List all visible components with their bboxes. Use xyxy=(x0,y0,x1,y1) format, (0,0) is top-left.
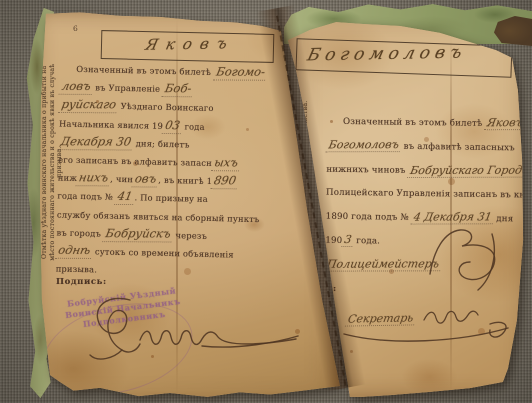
printed-form-text: Уѣзднаго Воинскаго xyxy=(118,101,214,113)
handwritten-entry: Боб- xyxy=(162,83,195,97)
printed-form-text: его записанъ въ алфавитъ запасн xyxy=(58,154,212,167)
printed-form-text: года. xyxy=(353,236,380,246)
printed-form-text: года подъ № xyxy=(57,191,116,202)
printed-form-text: въ алфавитѣ запасныхъ xyxy=(401,142,515,154)
printed-form-text: Полицейскаго Управленія записанъ въ книг… xyxy=(326,188,532,201)
handwritten-entry: 03 xyxy=(162,120,183,134)
printed-form-text: , въ книгѣ 1 xyxy=(158,175,212,186)
margin-note-line: мѣсто постояннаго жительства и о срокѣ я… xyxy=(48,57,56,267)
printed-form-text: , чин xyxy=(110,174,133,185)
handwritten-entry: Богомо- xyxy=(212,66,267,80)
printed-form-text: года xyxy=(182,121,205,132)
printed-form-text: службу обязанъ явиться на сборный пунктъ xyxy=(57,209,260,224)
handwritten-entry: ловъ xyxy=(59,81,94,95)
handwritten-entry: 3 xyxy=(341,234,354,247)
handwritten-entry: овъ xyxy=(132,174,160,188)
printed-form-text: сутокъ со времени объявленія xyxy=(92,246,234,259)
printed-form-text: въ городъ xyxy=(56,227,103,238)
signature-label: Подпись: xyxy=(56,277,107,287)
margin-note: Отмѣтка уѣзднаго воинскаго начальника о … xyxy=(41,57,64,267)
handwritten-entry: Яковъ xyxy=(484,117,526,130)
handwritten-surname: Богомоловъ xyxy=(305,43,468,66)
page-number: 6 xyxy=(73,24,78,33)
handwritten-entry: Бобруйскъ xyxy=(102,228,173,242)
printed-form-text: дня; билетъ xyxy=(133,138,190,149)
printed-form-text: Означенный въ этомъ билетѣ xyxy=(76,64,214,77)
printed-form-text: . По призыву на xyxy=(134,193,208,205)
form-line: Означенный въ этомъ билетѣ Яковъ xyxy=(327,111,515,137)
handwritten-entry: 890 xyxy=(211,175,239,189)
photo-of-open-booklet: 6 Яковъ Означенный въ этомъ билетѣ Богом… xyxy=(0,0,532,403)
printed-form-text: нижнихъ чиновъ xyxy=(326,164,408,175)
handwritten-entry: Богомоловъ xyxy=(325,139,401,152)
form-line: Богомоловъ въ алфавитѣ запасныхъ xyxy=(327,134,515,160)
policemaster-signature xyxy=(400,218,512,294)
commander-signature xyxy=(78,290,306,364)
secretary-flourish xyxy=(340,316,518,358)
printed-form-text: Означенный въ этомъ билетѣ xyxy=(343,117,485,129)
printed-form-text: черезъ xyxy=(173,230,208,241)
form-paragraph: Означенный въ этомъ билетѣ Богомо-ловъ в… xyxy=(56,60,281,283)
handwritten-entry: руйскаго xyxy=(58,99,119,113)
handwritten-entry: Декабря 30 xyxy=(57,136,134,150)
margin-note-line: призыва. xyxy=(56,57,64,267)
printed-form-text: въ Управленіе xyxy=(92,82,163,94)
printed-form-text: 1890 года подъ № xyxy=(326,212,412,223)
handwritten-entry: 41 xyxy=(115,191,136,205)
handwritten-entry: Бобруйскаго Городско- xyxy=(407,164,532,177)
handwritten-first-name: Яковъ xyxy=(144,34,237,54)
margin-note-line: Отмѣтка уѣзднаго воинскаго начальника о … xyxy=(41,57,49,267)
form-line: Полицейскаго Управленія записанъ въ книг… xyxy=(326,182,514,208)
handwritten-entry: ыхъ xyxy=(211,157,241,171)
printed-form-text: Начальника явился 19 xyxy=(59,118,163,130)
form-line: нижнихъ чиновъ Бобруйскаго Городско- xyxy=(326,158,514,184)
handwritten-entry: нихъ xyxy=(76,172,112,186)
